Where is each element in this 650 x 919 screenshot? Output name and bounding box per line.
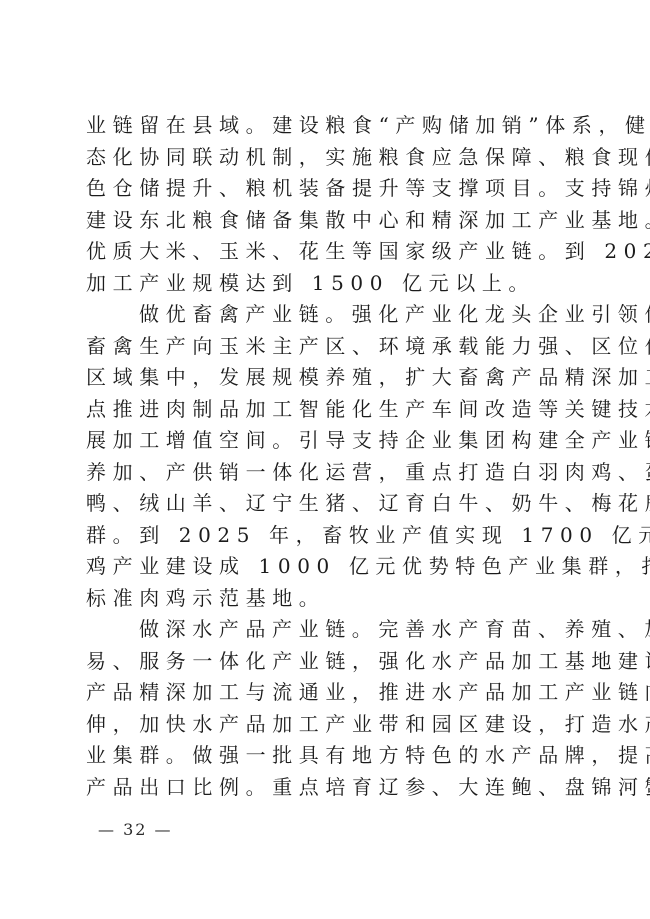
paragraph-line: 建设东北粮食储备集散中心和精深加工产业基地。推动形成 xyxy=(86,205,566,237)
paragraph-line: 优质大米、玉米、花生等国家级产业链。到 2025 年，粮油 xyxy=(86,236,566,268)
paragraph-line: 标准肉鸡示范基地。 xyxy=(86,583,566,615)
paragraph-line: 易、服务一体化产业链，强化水产品加工基地建设，做强水 xyxy=(86,646,566,678)
paragraph-line: 态化协同联动机制，实施粮食应急保障、粮食现代物流、绿 xyxy=(86,142,566,174)
paragraph-line: 点推进肉制品加工智能化生产车间改造等关键技术应用，拓 xyxy=(86,394,566,426)
paragraph-line: 展加工增值空间。引导支持企业集团构建全产业链，实现种 xyxy=(86,425,566,457)
paragraph-line: 伸，加快水产品加工产业带和园区建设，打造水产品加工产 xyxy=(86,709,566,741)
paragraph-line: 产品出口比例。重点培育辽参、大连鲍、盘锦河蟹、大连裙 xyxy=(86,772,566,804)
paragraph-first-line: 做优畜禽产业链。强化产业化龙头企业引领作用，引导 xyxy=(86,299,566,331)
paragraph-line: 养加、产供销一体化运营，重点打造白羽肉鸡、蛋鸡、蛋 xyxy=(86,457,566,489)
page-number: — 32 — xyxy=(98,819,173,841)
body-text: 业链留在县域。建设粮食“产购储加销”体系，健全完善常 态化协同联动机制，实施粮食… xyxy=(86,110,566,803)
paragraph-line: 群。到 2025 年，畜牧业产值实现 1700 亿元以上，将白羽肉 xyxy=(86,520,566,552)
paragraph-line: 产品精深加工与流通业，推进水产品加工产业链向终端延 xyxy=(86,677,566,709)
paragraph-line: 鸭、绒山羊、辽宁生猪、辽育白牛、奶牛、梅花鹿等产业集 xyxy=(86,488,566,520)
paragraph-line: 区域集中，发展规模养殖，扩大畜禽产品精深加工比重，重 xyxy=(86,362,566,394)
paragraph-line: 加工产业规模达到 1500 亿元以上。 xyxy=(86,268,566,300)
paragraph-line: 色仓储提升、粮机装备提升等支撑项目。支持锦州、盘锦市 xyxy=(86,173,566,205)
paragraph-line: 畜禽生产向玉米主产区、环境承载能力强、区位优势明显的 xyxy=(86,331,566,363)
paragraph-line: 业链留在县域。建设粮食“产购储加销”体系，健全完善常 xyxy=(86,110,566,142)
document-page: 业链留在县域。建设粮食“产购储加销”体系，健全完善常 态化协同联动机制，实施粮食… xyxy=(0,0,650,919)
paragraph-line: 业集群。做强一批具有地方特色的水产品牌，提高自主品牌 xyxy=(86,740,566,772)
paragraph-line: 鸡产业建设成 1000 亿元优势特色产业集群，打造全国绿色 xyxy=(86,551,566,583)
paragraph-first-line: 做深水产品产业链。完善水产育苗、养殖、加工、贸 xyxy=(86,614,566,646)
